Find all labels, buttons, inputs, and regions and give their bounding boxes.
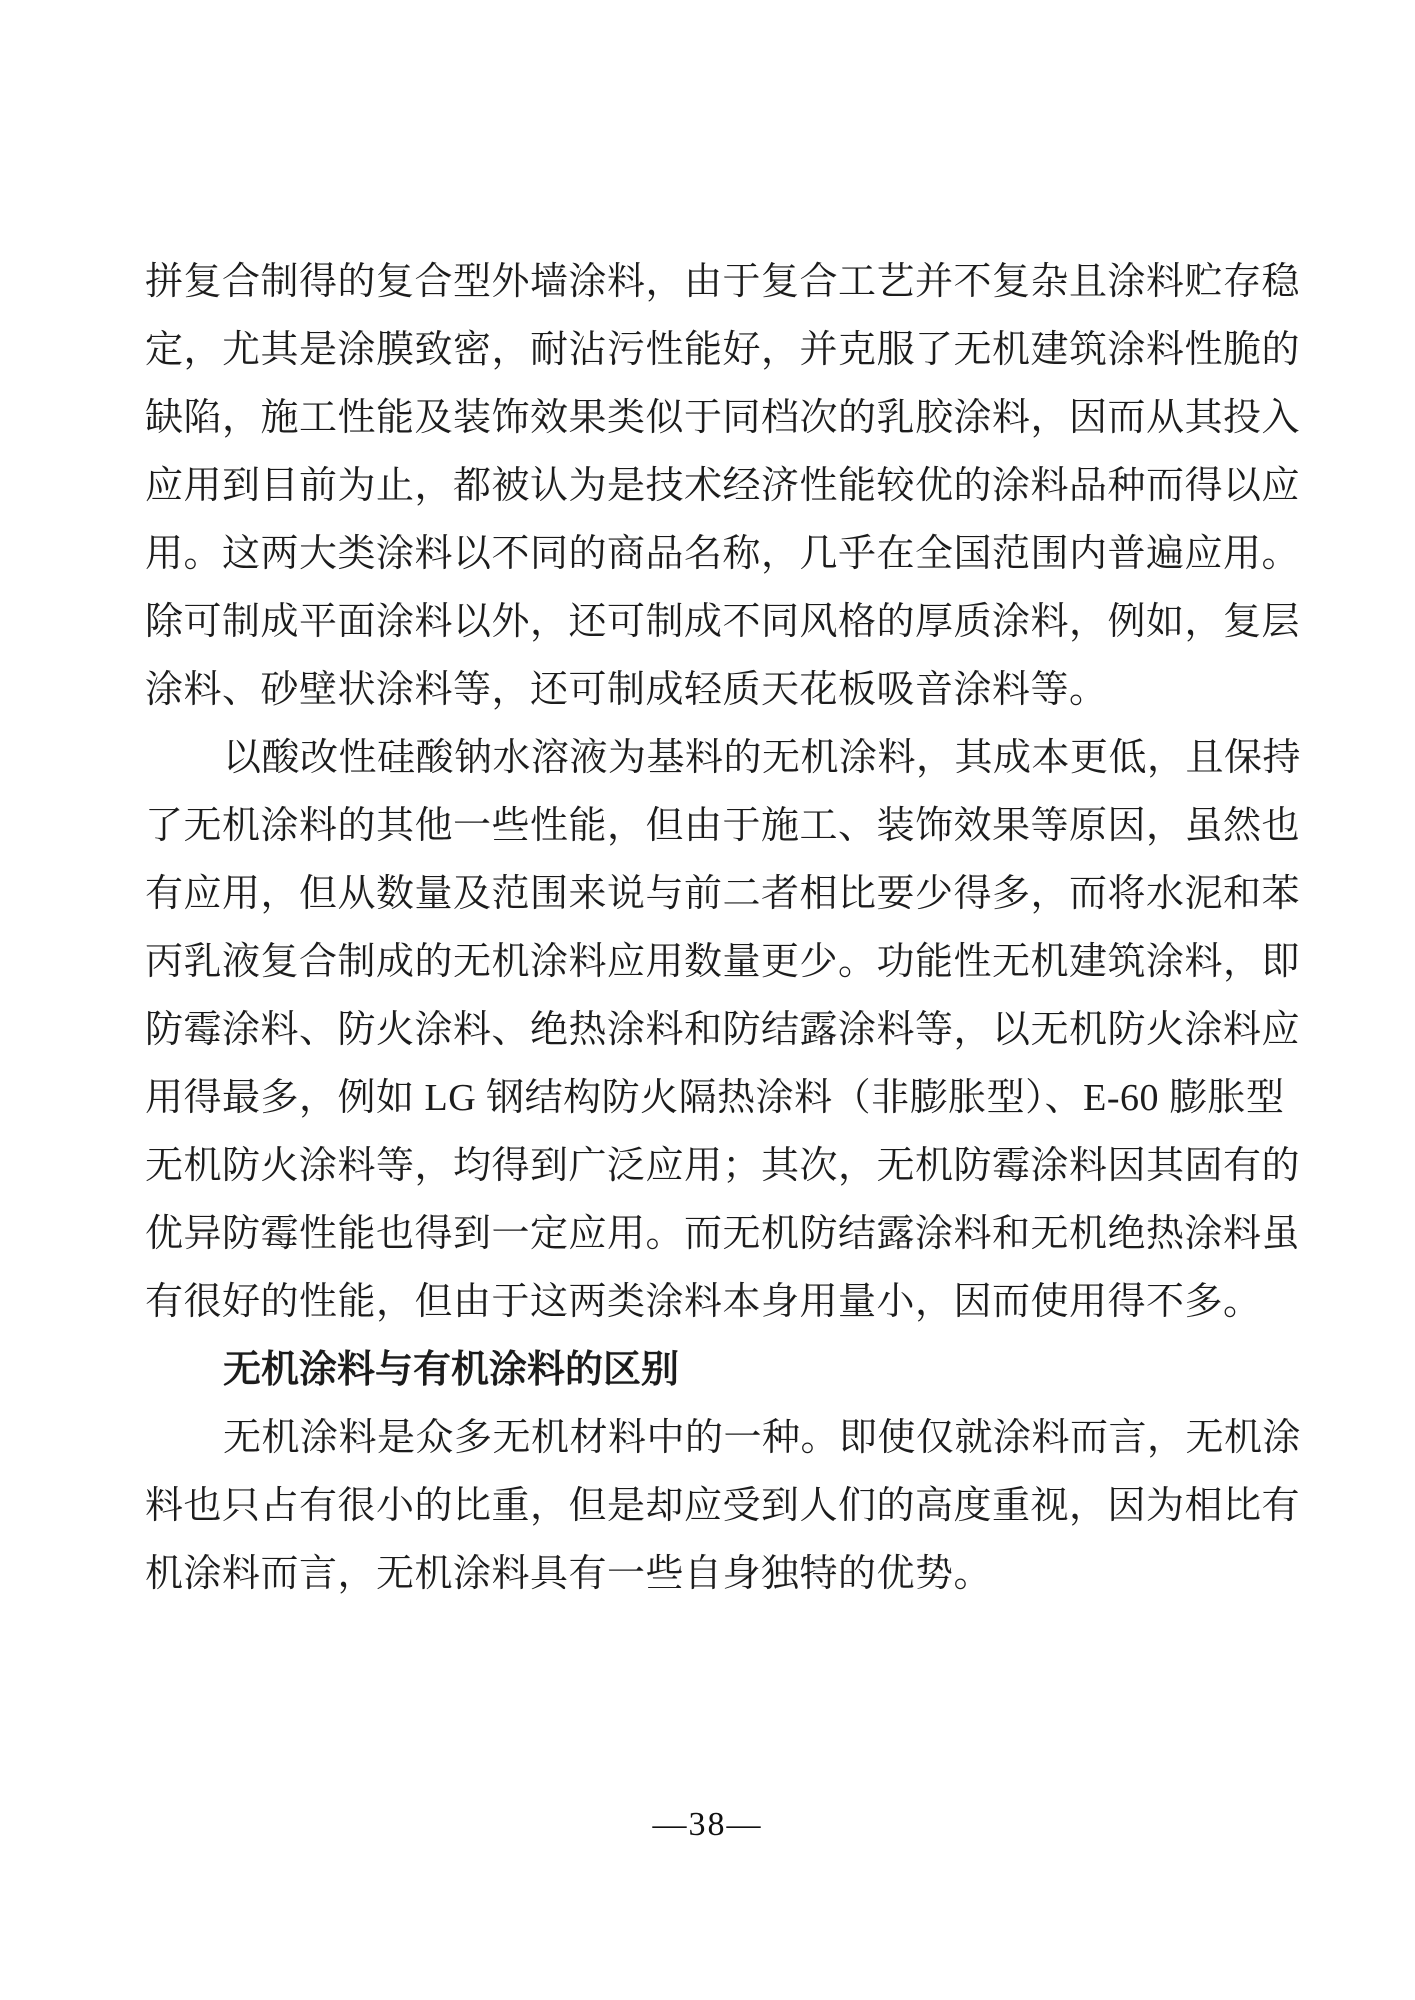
body-line: 应用到目前为止，都被认为是技术经济性能较优的涂料品种而得以应 <box>145 452 1272 520</box>
body-line: 有很好的性能，但由于这两类涂料本身用量小，因而使用得不多。 <box>145 1268 1272 1336</box>
body-line: 机涂料而言，无机涂料具有一些自身独特的优势。 <box>145 1540 1272 1608</box>
body-line: 了无机涂料的其他一些性能，但由于施工、装饰效果等原因，虽然也 <box>145 792 1272 860</box>
body-line: 以酸改性硅酸钠水溶液为基料的无机涂料，其成本更低，且保持 <box>145 724 1272 792</box>
body-line: 除可制成平面涂料以外，还可制成不同风格的厚质涂料，例如，复层 <box>145 588 1272 656</box>
body-line: 无机涂料是众多无机材料中的一种。即使仅就涂料而言，无机涂 <box>145 1404 1272 1472</box>
body-line: 有应用，但从数量及范围来说与前二者相比要少得多，而将水泥和苯 <box>145 860 1272 928</box>
body-line: 用得最多，例如 LG 钢结构防火隔热涂料（非膨胀型）、E-60 膨胀型 <box>145 1064 1272 1132</box>
section-heading: 无机涂料与有机涂料的区别 <box>145 1336 1272 1404</box>
page-number: —38— <box>653 1806 763 1844</box>
body-line: 丙乳液复合制成的无机涂料应用数量更少。功能性无机建筑涂料，即 <box>145 928 1272 996</box>
body-line: 防霉涂料、防火涂料、绝热涂料和防结露涂料等，以无机防火涂料应 <box>145 996 1272 1064</box>
body-line: 缺陷，施工性能及装饰效果类似于同档次的乳胶涂料，因而从其投入 <box>145 384 1272 452</box>
body-line: 涂料、砂壁状涂料等，还可制成轻质天花板吸音涂料等。 <box>145 656 1272 724</box>
body-line: 料也只占有很小的比重，但是却应受到人们的高度重视，因为相比有 <box>145 1472 1272 1540</box>
body-line: 无机防火涂料等，均得到广泛应用；其次，无机防霉涂料因其固有的 <box>145 1132 1272 1200</box>
body-line: 定，尤其是涂膜致密，耐沾污性能好，并克服了无机建筑涂料性脆的 <box>145 316 1272 384</box>
body-line: 用。这两大类涂料以不同的商品名称，几乎在全国范围内普遍应用。 <box>145 520 1272 588</box>
page-footer: —38— <box>0 1806 1415 1844</box>
body-line: 优异防霉性能也得到一定应用。而无机防结露涂料和无机绝热涂料虽 <box>145 1200 1272 1268</box>
body-line: 拼复合制得的复合型外墙涂料，由于复合工艺并不复杂且涂料贮存稳 <box>145 248 1272 316</box>
document-page: 拼复合制得的复合型外墙涂料，由于复合工艺并不复杂且涂料贮存稳 定，尤其是涂膜致密… <box>0 0 1415 2000</box>
page-body: 拼复合制得的复合型外墙涂料，由于复合工艺并不复杂且涂料贮存稳 定，尤其是涂膜致密… <box>145 248 1272 1608</box>
